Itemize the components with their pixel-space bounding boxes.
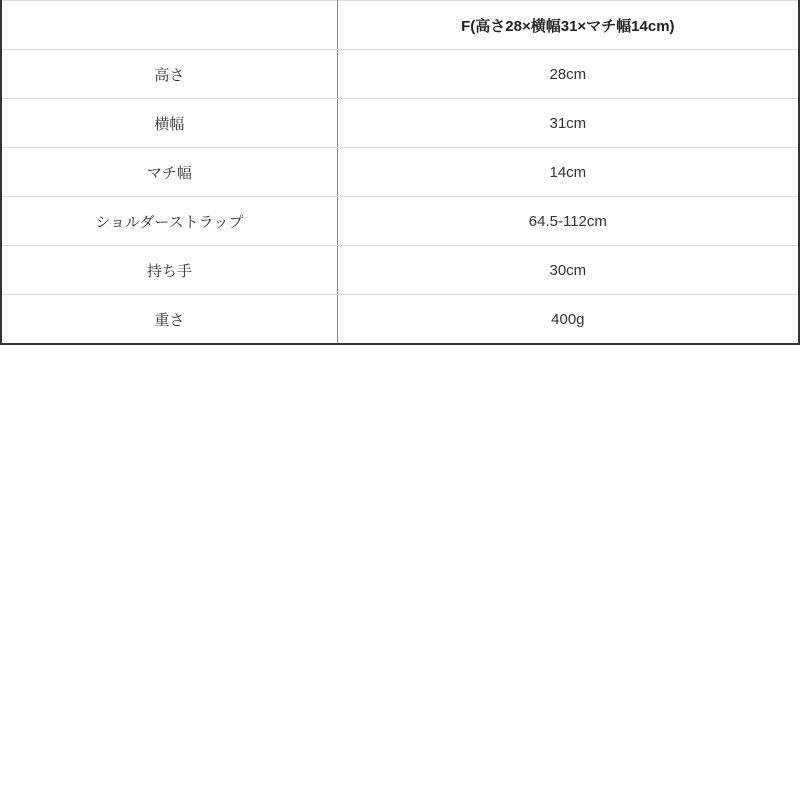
table-row: 重さ 400g [1,295,799,345]
row-label: 重さ [1,295,337,345]
row-label: マチ幅 [1,148,337,197]
row-label: ショルダーストラップ [1,197,337,246]
table-row: 横幅 31cm [1,99,799,148]
row-label: 横幅 [1,99,337,148]
row-label: 高さ [1,50,337,99]
table-row: 持ち手 30cm [1,246,799,295]
table-header-row: F(高さ28×横幅31×マチ幅14cm) [1,1,799,50]
table-row: マチ幅 14cm [1,148,799,197]
row-value: 28cm [337,50,799,99]
table-row: ショルダーストラップ 64.5-112cm [1,197,799,246]
row-value: 14cm [337,148,799,197]
row-value: 400g [337,295,799,345]
row-value: 30cm [337,246,799,295]
size-spec-table: F(高さ28×横幅31×マチ幅14cm) 高さ 28cm 横幅 31cm マチ幅… [0,0,800,345]
header-label-cell [1,1,337,50]
header-size-cell: F(高さ28×横幅31×マチ幅14cm) [337,1,799,50]
row-label: 持ち手 [1,246,337,295]
row-value: 31cm [337,99,799,148]
row-value: 64.5-112cm [337,197,799,246]
table-row: 高さ 28cm [1,50,799,99]
